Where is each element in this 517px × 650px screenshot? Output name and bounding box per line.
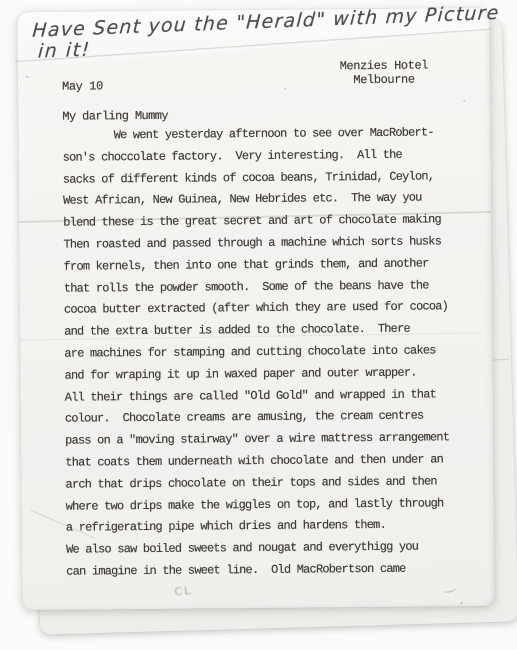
faint-pencil-mark bbox=[442, 583, 458, 594]
date-line: May 10 bbox=[62, 79, 103, 93]
letterhead-hotel: Menzies Hotel bbox=[313, 58, 455, 73]
paper-speck bbox=[284, 88, 286, 90]
typed-line: are machines for stamping and cutting ch… bbox=[64, 340, 448, 365]
paper-speck bbox=[463, 100, 465, 102]
typed-line: son's choccolate factory. Very interesti… bbox=[63, 144, 447, 169]
faint-pencil-mark bbox=[461, 602, 463, 604]
typed-line: from kernels, then into one that grinds … bbox=[64, 253, 448, 278]
handwritten-note: Have Sent you the "Herald" with my Pictu… bbox=[30, 2, 500, 63]
typed-line: Then roasted and passed through a machin… bbox=[63, 231, 447, 256]
typed-line: that coats them underneath with chocolat… bbox=[65, 449, 449, 474]
typed-line: arch that drips chocolate on their tops … bbox=[65, 471, 449, 496]
faint-pencil-mark: CL bbox=[174, 584, 193, 599]
salutation: My darling Mummy bbox=[62, 109, 168, 124]
paper-speck bbox=[26, 76, 29, 78]
typed-line: We went yesterday afternoon to see over … bbox=[62, 122, 446, 147]
typed-line: and for wraping it up in waxed paper and… bbox=[64, 362, 448, 387]
typed-line: can imagine in the sweet line. Old MacRo… bbox=[66, 558, 450, 583]
letter-page: Have Sent you the "Herald" with my Pictu… bbox=[17, 8, 494, 610]
scanned-letter-photo: Have Sent you the "Herald" with my Pictu… bbox=[0, 0, 517, 650]
letter-body: We went yesterday afternoon to see over … bbox=[62, 122, 450, 583]
letterhead-city: Melbourne bbox=[313, 72, 455, 87]
typed-line: where two drips make the wiggles on top,… bbox=[66, 493, 450, 518]
letterhead: Menzies Hotel Melbourne bbox=[313, 58, 455, 87]
